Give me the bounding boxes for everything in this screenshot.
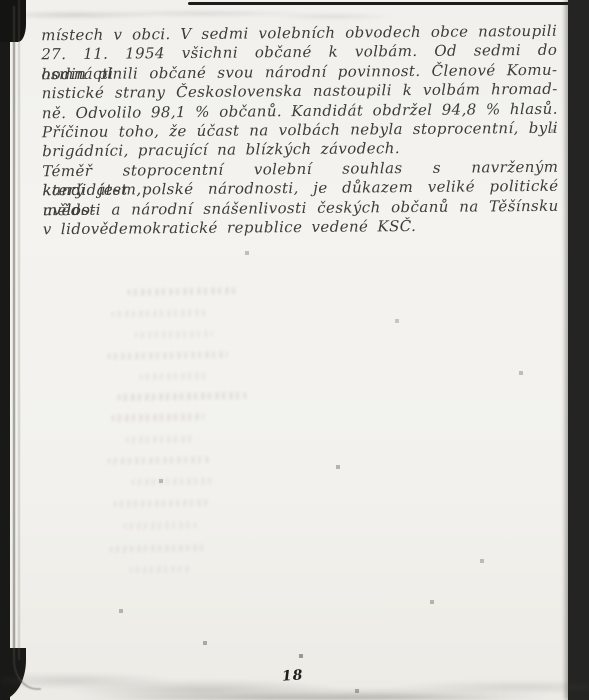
handwritten-text-block: místech v obci. V sedmi volebních obvode… bbox=[41, 22, 559, 240]
page-edge-line bbox=[18, 0, 20, 660]
page-number: 18 bbox=[281, 667, 304, 684]
scan-left-border bbox=[0, 0, 10, 700]
scanned-page: místech v obci. V sedmi volebních obvode… bbox=[0, 0, 589, 700]
paper-top-smudge bbox=[10, 8, 440, 22]
handwritten-line: v lidovědemokratické republice vedené KS… bbox=[43, 216, 559, 240]
scan-right-border bbox=[568, 0, 589, 700]
paper-speckles bbox=[0, 0, 2, 2]
scan-top-edge-line bbox=[188, 2, 589, 5]
